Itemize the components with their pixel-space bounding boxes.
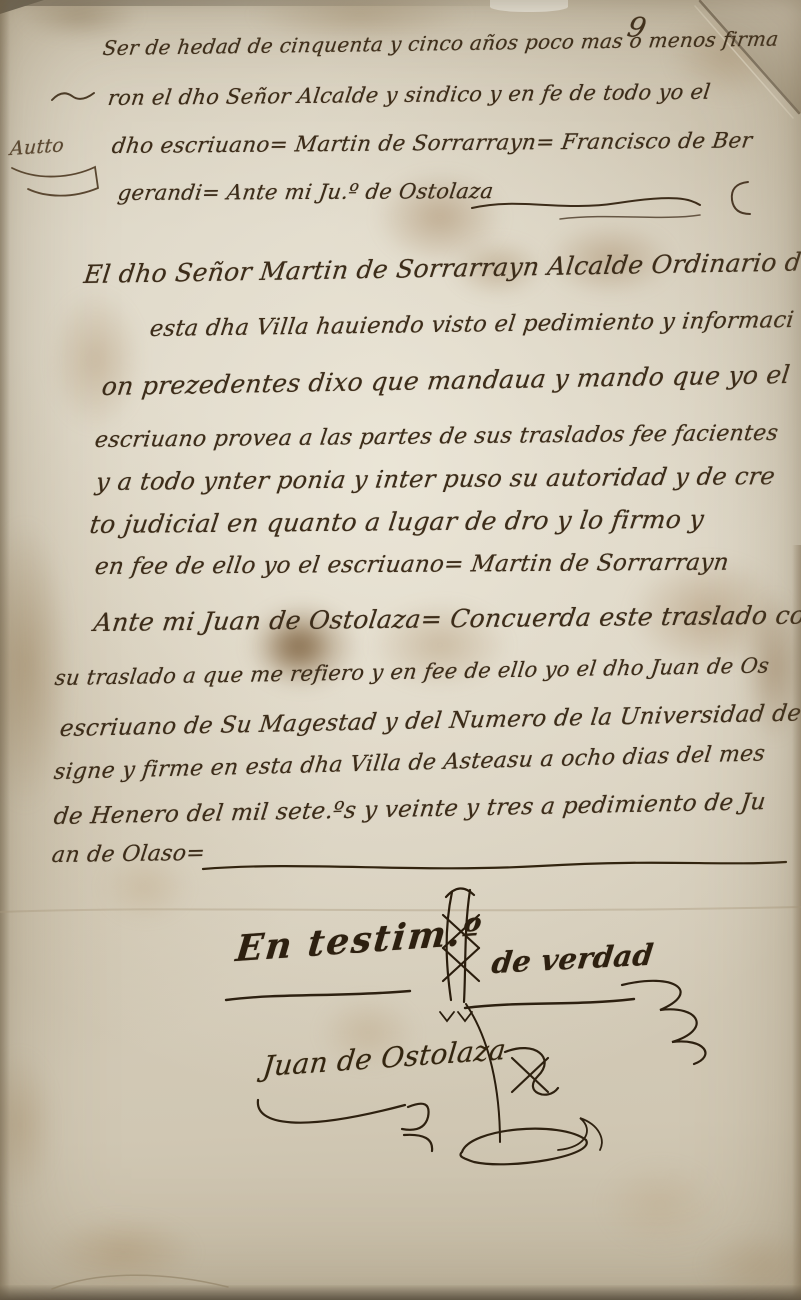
stain — [20, 0, 140, 40]
stain — [48, 290, 143, 430]
manuscript-line: gerandi= Ante mi Ju.º de Ostolaza — [116, 179, 495, 205]
manuscript-line: El dho Señor Martin de Sorrarrayn Alcald… — [82, 247, 801, 289]
stain — [0, 1050, 55, 1200]
manuscript-line: ron el dho Señor Alcalde y sindico y en … — [106, 80, 712, 110]
attestation-text-left: En testim.º — [234, 911, 485, 971]
manuscript-line: an de Olaso= — [50, 841, 206, 868]
bottom-edge — [0, 1285, 801, 1300]
top-edge-shadow — [0, 0, 560, 6]
manuscript-line: escriuano de Su Magestad y del Numero de… — [58, 700, 801, 742]
manuscript-line: dho escriuano= Martin de Sorrarrayn= Fra… — [110, 128, 753, 159]
manuscript-line: su traslado a que me refiero y en fee de… — [54, 654, 771, 691]
attestation-text-right: de verdad — [490, 937, 655, 980]
paper-crease — [52, 1275, 228, 1289]
folded-corner — [699, 0, 801, 117]
manuscript-line: Ser de hedad de cinquenta y cinco años p… — [101, 27, 780, 60]
stain — [700, 1230, 801, 1300]
manuscript-line: y a todo ynter ponia y inter puso su aut… — [94, 462, 777, 496]
attestation-underline — [226, 991, 410, 1000]
fold-crease-line — [700, 1, 799, 113]
top-edge-tear — [490, 0, 568, 12]
margin-underline — [12, 167, 98, 196]
manuscript-line: escriuano provea a las partes de sus tra… — [93, 421, 779, 453]
margin-note: Autto — [9, 134, 65, 160]
manuscript-line: de Henero del mil sete.ºs y veinte y tre… — [52, 789, 767, 830]
c-mark — [732, 182, 750, 214]
manuscript-line: Ante mi Juan de Ostolaza= Concuerda este… — [92, 601, 801, 637]
manuscript-line: esta dha Villa hauiendo visto el pedimie… — [148, 307, 795, 342]
line-flourish — [560, 215, 700, 219]
left-edge-shadow — [0, 0, 10, 1300]
manuscript-line: en fee de ello yo el escriuano= Martin d… — [93, 550, 730, 580]
manuscript-line: to judicial en quanto a lugar de dro y l… — [88, 505, 706, 539]
manuscript-line: on prezedentes dixo que mandaua y mando … — [100, 360, 792, 401]
paper-crease — [0, 907, 801, 912]
right-edge-shadow — [792, 545, 801, 1300]
top-left-corner-dark — [0, 0, 44, 14]
fold-crease-highlight — [695, 6, 793, 118]
manuscript-line: signe y firme en esta dha Villa de Astea… — [53, 741, 767, 785]
closing-rule — [203, 862, 786, 869]
margin-tilde — [52, 93, 94, 100]
stain — [48, 1215, 198, 1290]
attestation-flourish — [622, 981, 705, 1064]
stain — [600, 1160, 720, 1250]
attestation-underline — [465, 999, 634, 1008]
line-flourish — [472, 198, 700, 208]
notary-signature: Juan de Ostolaza — [261, 1033, 508, 1083]
manuscript-page: 9 Autto Ser de hedad de cinquenta y cinc… — [0, 0, 801, 1300]
